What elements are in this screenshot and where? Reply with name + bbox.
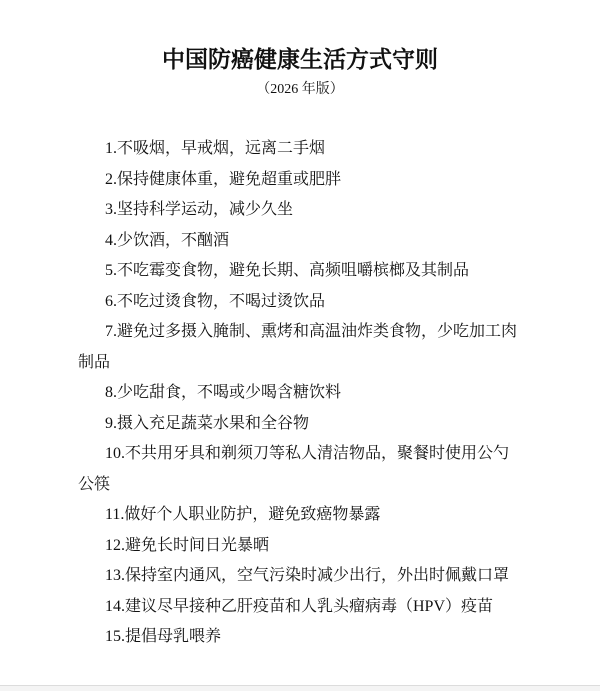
- guideline-item-6: 6.不吃过烫食物，不喝过烫饮品: [78, 287, 522, 318]
- page-bottom-edge: [0, 685, 600, 691]
- guideline-item-14: 14.建议尽早接种乙肝疫苗和人乳头瘤病毒（HPV）疫苗: [78, 592, 522, 623]
- guideline-item-2: 2.保持健康体重，避免超重或肥胖: [78, 165, 522, 196]
- guideline-item-5: 5.不吃霉变食物，避免长期、高频咀嚼槟榔及其制品: [78, 256, 522, 287]
- guideline-item-13: 13.保持室内通风，空气污染时减少出行，外出时佩戴口罩: [78, 561, 522, 592]
- document-title: 中国防癌健康生活方式守则: [78, 44, 522, 76]
- guideline-item-10: 10.不共用牙具和剃须刀等私人清洁物品，聚餐时使用公勺公筷: [78, 439, 522, 500]
- guideline-item-11: 11.做好个人职业防护，避免致癌物暴露: [78, 500, 522, 531]
- document-content: 中国防癌健康生活方式守则 （2026 年版） 1.不吸烟，早戒烟，远离二手烟 2…: [0, 0, 600, 653]
- guideline-item-15: 15.提倡母乳喂养: [78, 622, 522, 653]
- guideline-item-3: 3.坚持科学运动，减少久坐: [78, 195, 522, 226]
- guideline-item-4: 4.少饮酒，不酗酒: [78, 226, 522, 257]
- guideline-item-1: 1.不吸烟，早戒烟，远离二手烟: [78, 134, 522, 165]
- document-page: 中国防癌健康生活方式守则 （2026 年版） 1.不吸烟，早戒烟，远离二手烟 2…: [0, 0, 600, 691]
- document-edition: （2026 年版）: [78, 78, 522, 102]
- guideline-list: 1.不吸烟，早戒烟，远离二手烟 2.保持健康体重，避免超重或肥胖 3.坚持科学运…: [78, 134, 522, 653]
- guideline-item-7: 7.避免过多摄入腌制、熏烤和高温油炸类食物，少吃加工肉制品: [78, 317, 522, 378]
- guideline-item-8: 8.少吃甜食，不喝或少喝含糖饮料: [78, 378, 522, 409]
- guideline-item-12: 12.避免长时间日光暴晒: [78, 531, 522, 562]
- guideline-item-9: 9.摄入充足蔬菜水果和全谷物: [78, 409, 522, 440]
